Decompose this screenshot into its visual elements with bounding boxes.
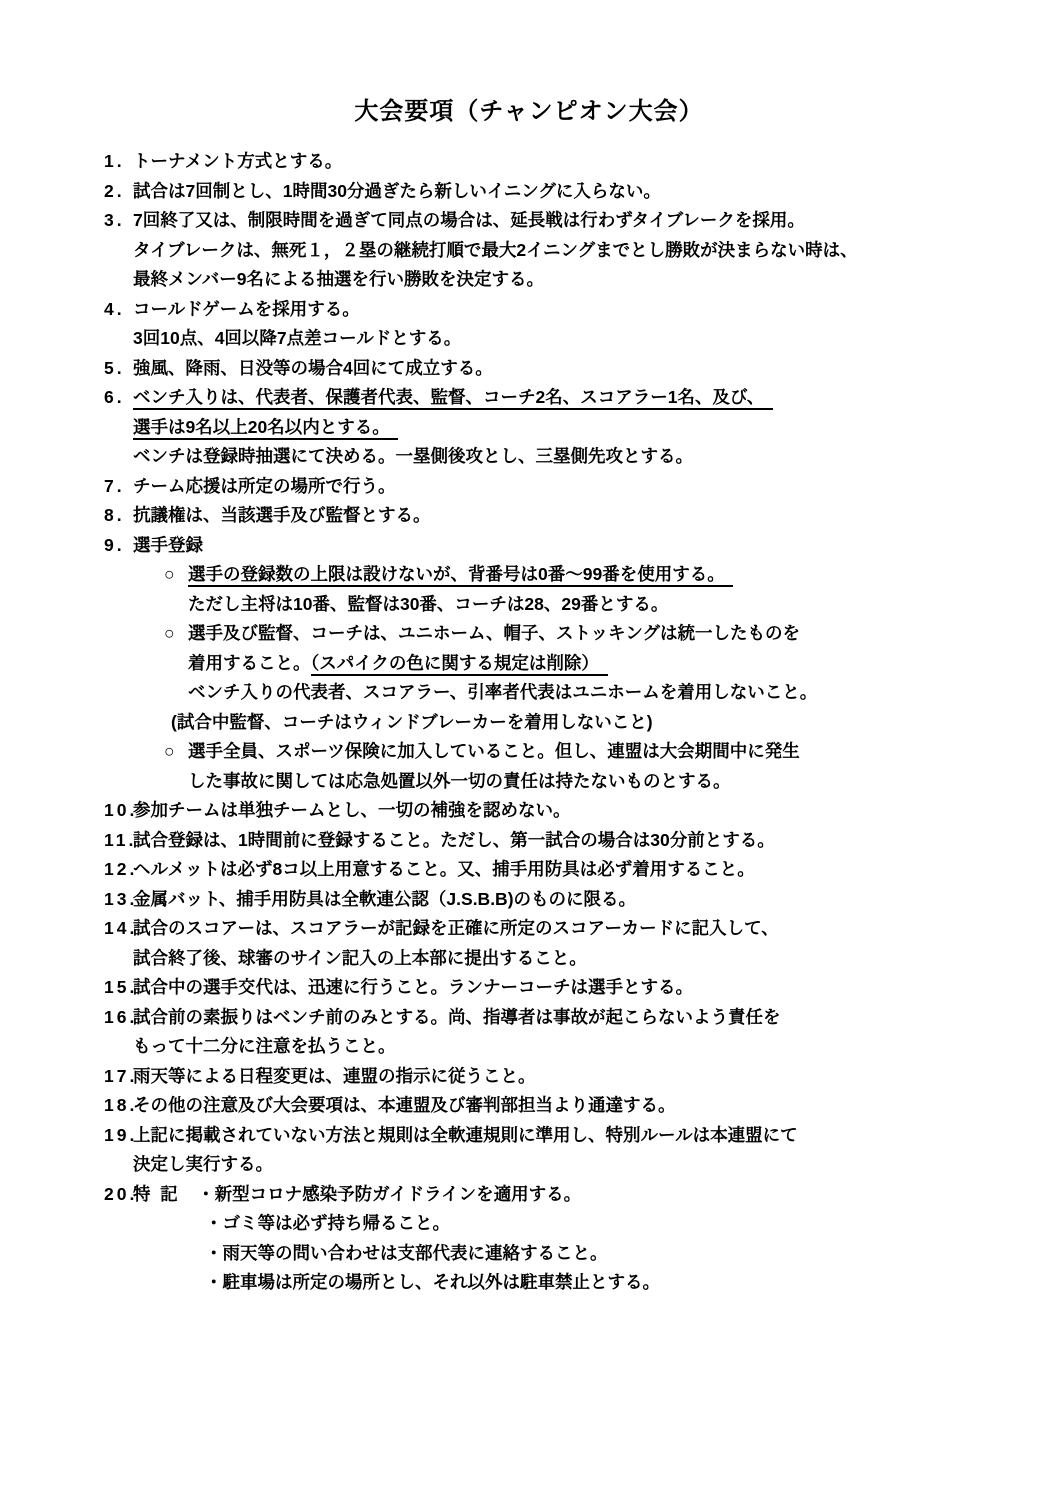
rule-item: 18.その他の注意及び大会要項は、本連盟及び審判部担当より通達する。 (0, 1091, 1058, 1121)
text: タイブレークは、無死１，２塁の継続打順で最大2イニングまでとし勝敗が決まらない時… (133, 240, 858, 260)
item-number: 5. (104, 354, 125, 384)
text: 試合は7回制とし、1時間30分過ぎたら新しいイニングに入らない。 (133, 181, 661, 201)
rule-line: 2.試合は7回制とし、1時間30分過ぎたら新しいイニングに入らない。 (0, 177, 1058, 207)
rule-item: 20.特 記 ・新型コロナ感染予防ガイドラインを適用する。・ゴミ等は必ず持ち帰る… (0, 1180, 1058, 1298)
rule-line: 14.試合のスコアーは、スコアラーが記録を正確に所定のスコアーカードに記入して、 (0, 914, 1058, 944)
rule-item: 7.チーム応援は所定の場所で行う。 (0, 472, 1058, 502)
rule-line: 5.強風、降雨、日没等の場合4回にて成立する。 (0, 354, 1058, 384)
text: 試合終了後、球審のサイン記入の上本部に提出すること。 (133, 948, 587, 968)
rule-item: 2.試合は7回制とし、1時間30分過ぎたら新しいイニングに入らない。 (0, 177, 1058, 207)
rule-line: 8.抗議権は、当該選手及び監督とする。 (0, 501, 1058, 531)
item-number: 20. (104, 1180, 137, 1210)
rule-item: 1.トーナメント方式とする。 (0, 147, 1058, 177)
text: 選手全員、スポーツ保険に加入していること。但し、連盟は大会期間中に発生 (188, 741, 800, 761)
item-number: 12. (104, 855, 137, 885)
rule-line: 7.チーム応援は所定の場所で行う。 (0, 472, 1058, 502)
text: 特 記 ・新型コロナ感染予防ガイドラインを適用する。 (133, 1184, 581, 1204)
text: ・ゴミ等は必ず持ち帰ること。 (205, 1213, 450, 1233)
rule-item: 12.ヘルメットは必ず8コ以上用意すること。又、捕手用防具は必ず着用すること。 (0, 855, 1058, 885)
text: 最終メンバー9名による抽選を行い勝敗を決定する。 (133, 269, 544, 289)
underlined-text: 選手は9名以上20名以内とする。 (133, 417, 398, 440)
rule-line: ・雨天等の問い合わせは支部代表に連絡すること。 (0, 1239, 1058, 1269)
rule-line: 17.雨天等による日程変更は、連盟の指示に従うこと。 (0, 1062, 1058, 1092)
rule-line: ベンチは登録時抽選にて決める。一塁側後攻とし、三塁側先攻とする。 (0, 442, 1058, 472)
text: 参加チームは単独チームとし、一切の補強を認めない。 (133, 800, 571, 820)
text: 7回終了又は、制限時間を過ぎて同点の場合は、延長戦は行わずタイブレークを採用。 (133, 210, 805, 230)
item-number: 4. (104, 295, 125, 325)
item-number: 7. (104, 472, 125, 502)
rule-line: ただし主将は10番、監督は30番、コーチは28、29番とする。 (0, 590, 1058, 620)
text: ベンチは登録時抽選にて決める。一塁側後攻とし、三塁側先攻とする。 (133, 446, 693, 466)
underlined-text: 選手の登録数の上限は設けないが、背番号は0番～99番を使用する。 (188, 564, 733, 587)
rule-line: 4.コールドゲームを採用する。 (0, 295, 1058, 325)
rule-line: 19.上記に掲載されていない方法と規則は全軟連規則に準用し、特別ルールは本連盟に… (0, 1121, 1058, 1151)
rule-line: 決定し実行する。 (0, 1150, 1058, 1180)
rule-line: 9.選手登録 (0, 531, 1058, 561)
text: 上記に掲載されていない方法と規則は全軟連規則に準用し、特別ルールは本連盟にて (133, 1125, 798, 1145)
rule-line: 着用すること。（スパイクの色に関する規定は削除） (0, 649, 1058, 679)
rule-line: ・駐車場は所定の場所とし、それ以外は駐車禁止とする。 (0, 1268, 1058, 1298)
item-number: 13. (104, 885, 137, 915)
text: ヘルメットは必ず8コ以上用意すること。又、捕手用防具は必ず着用すること。 (133, 859, 755, 879)
rule-item: 10.参加チームは単独チームとし、一切の補強を認めない。 (0, 796, 1058, 826)
text: (試合中監督、コーチはウィンドブレーカーを着用しないこと) (171, 712, 653, 732)
rule-line: 3.7回終了又は、制限時間を過ぎて同点の場合は、延長戦は行わずタイブレークを採用… (0, 206, 1058, 236)
text: チーム応援は所定の場所で行う。 (133, 476, 396, 496)
rule-item: 16.試合前の素振りはベンチ前のみとする。尚、指導者は事故が起こらないよう責任を… (0, 1003, 1058, 1062)
text: 3回10点、4回以降7点差コールドとする。 (133, 328, 461, 348)
rule-item: 4.コールドゲームを採用する。3回10点、4回以降7点差コールドとする。 (0, 295, 1058, 354)
rule-line: ベンチ入りの代表者、スコアラー、引率者代表はユニホームを着用しないこと。 (0, 678, 1058, 708)
item-number: 11. (104, 826, 136, 856)
text: ベンチ入りの代表者、スコアラー、引率者代表はユニホームを着用しないこと。 (188, 682, 817, 702)
text: 決定し実行する。 (133, 1154, 273, 1174)
item-number: 3. (104, 206, 125, 236)
rule-line: 13.金属バット、捕手用防具は全軟連公認（J.S.B.B)のものに限る。 (0, 885, 1058, 915)
rule-line: 選手は9名以上20名以内とする。 (0, 413, 1058, 443)
item-number: 9. (104, 531, 125, 561)
circle-bullet: ○ (164, 560, 175, 590)
rule-item: 5.強風、降雨、日没等の場合4回にて成立する。 (0, 354, 1058, 384)
rule-item: 17.雨天等による日程変更は、連盟の指示に従うこと。 (0, 1062, 1058, 1092)
text: 試合登録は、1時間前に登録すること。ただし、第一試合の場合は30分前とする。 (133, 830, 775, 850)
item-number: 2. (104, 177, 125, 207)
text: コールドゲームを採用する。 (133, 299, 360, 319)
rule-line: 12.ヘルメットは必ず8コ以上用意すること。又、捕手用防具は必ず着用すること。 (0, 855, 1058, 885)
rule-line: 3回10点、4回以降7点差コールドとする。 (0, 324, 1058, 354)
item-number: 1. (104, 147, 125, 177)
rule-item: 8.抗議権は、当該選手及び監督とする。 (0, 501, 1058, 531)
item-number: 17. (104, 1062, 137, 1092)
text: した事故に関しては応急処置以外一切の責任は持たないものとする。 (188, 771, 731, 791)
text: ・駐車場は所定の場所とし、それ以外は駐車禁止とする。 (205, 1272, 660, 1292)
rule-line: ○選手及び監督、コーチは、ユニホーム、帽子、ストッキングは統一したものを (0, 619, 1058, 649)
rule-line: した事故に関しては応急処置以外一切の責任は持たないものとする。 (0, 767, 1058, 797)
rule-line: 16.試合前の素振りはベンチ前のみとする。尚、指導者は事故が起こらないよう責任を (0, 1003, 1058, 1033)
circle-bullet: ○ (164, 737, 175, 767)
document-page: 大会要項（チャンピオン大会） 1.トーナメント方式とする。2.試合は7回制とし、… (0, 0, 1058, 1497)
rule-item: 19.上記に掲載されていない方法と規則は全軟連規則に準用し、特別ルールは本連盟に… (0, 1121, 1058, 1180)
rule-line: 11.試合登録は、1時間前に登録すること。ただし、第一試合の場合は30分前とする… (0, 826, 1058, 856)
text: 着用すること。 (188, 653, 311, 673)
rule-line: ○選手の登録数の上限は設けないが、背番号は0番～99番を使用する。 (0, 560, 1058, 590)
rule-line: ・ゴミ等は必ず持ち帰ること。 (0, 1209, 1058, 1239)
rule-line: 15.試合中の選手交代は、迅速に行うこと。ランナーコーチは選手とする。 (0, 973, 1058, 1003)
item-number: 15. (104, 973, 137, 1003)
underlined-text: ベンチ入りは、代表者、保護者代表、監督、コーチ2名、スコアラー1名、及び、 (133, 387, 773, 410)
item-number: 6. (104, 383, 125, 413)
item-number: 8. (104, 501, 125, 531)
text: 強風、降雨、日没等の場合4回にて成立する。 (133, 358, 493, 378)
rule-line: ○選手全員、スポーツ保険に加入していること。但し、連盟は大会期間中に発生 (0, 737, 1058, 767)
rule-line: 10.参加チームは単独チームとし、一切の補強を認めない。 (0, 796, 1058, 826)
item-number: 10. (104, 796, 137, 826)
text: もって十二分に注意を払うこと。 (133, 1036, 396, 1056)
rule-item: 9.選手登録○選手の登録数の上限は設けないが、背番号は0番～99番を使用する。 … (0, 531, 1058, 797)
rule-line: 18.その他の注意及び大会要項は、本連盟及び審判部担当より通達する。 (0, 1091, 1058, 1121)
text: 抗議権は、当該選手及び監督とする。 (133, 505, 431, 525)
circle-bullet: ○ (164, 619, 175, 649)
rule-line: もって十二分に注意を払うこと。 (0, 1032, 1058, 1062)
rule-line: (試合中監督、コーチはウィンドブレーカーを着用しないこと) (0, 708, 1058, 738)
text: 選手及び監督、コーチは、ユニホーム、帽子、ストッキングは統一したものを (188, 623, 800, 643)
page-title: 大会要項（チャンピオン大会） (0, 91, 1058, 126)
rule-item: 13.金属バット、捕手用防具は全軟連公認（J.S.B.B)のものに限る。 (0, 885, 1058, 915)
rule-item: 14.試合のスコアーは、スコアラーが記録を正確に所定のスコアーカードに記入して、… (0, 914, 1058, 973)
text: 試合のスコアーは、スコアラーが記録を正確に所定のスコアーカードに記入して、 (133, 918, 779, 938)
text: ただし主将は10番、監督は30番、コーチは28、29番とする。 (188, 594, 668, 614)
rule-line: 1.トーナメント方式とする。 (0, 147, 1058, 177)
rule-item: 15.試合中の選手交代は、迅速に行うこと。ランナーコーチは選手とする。 (0, 973, 1058, 1003)
text: トーナメント方式とする。 (133, 151, 342, 171)
item-number: 16. (104, 1003, 137, 1033)
rule-line: 6.ベンチ入りは、代表者、保護者代表、監督、コーチ2名、スコアラー1名、及び、 (0, 383, 1058, 413)
rule-line: 試合終了後、球審のサイン記入の上本部に提出すること。 (0, 944, 1058, 974)
text: 試合前の素振りはベンチ前のみとする。尚、指導者は事故が起こらないよう責任を (133, 1007, 781, 1027)
rule-item: 11.試合登録は、1時間前に登録すること。ただし、第一試合の場合は30分前とする… (0, 826, 1058, 856)
rule-item: 6.ベンチ入りは、代表者、保護者代表、監督、コーチ2名、スコアラー1名、及び、 … (0, 383, 1058, 472)
text: 試合中の選手交代は、迅速に行うこと。ランナーコーチは選手とする。 (133, 977, 693, 997)
rule-line: 20.特 記 ・新型コロナ感染予防ガイドラインを適用する。 (0, 1180, 1058, 1210)
item-number: 19. (104, 1121, 137, 1151)
text: その他の注意及び大会要項は、本連盟及び審判部担当より通達する。 (133, 1095, 676, 1115)
text: ・雨天等の問い合わせは支部代表に連絡すること。 (205, 1243, 608, 1263)
rule-line: タイブレークは、無死１，２塁の継続打順で最大2イニングまでとし勝敗が決まらない時… (0, 236, 1058, 266)
text: 金属バット、捕手用防具は全軟連公認（J.S.B.B)のものに限る。 (133, 889, 636, 909)
text: 選手登録 (133, 535, 203, 555)
rule-line: 最終メンバー9名による抽選を行い勝敗を決定する。 (0, 265, 1058, 295)
rules-list: 1.トーナメント方式とする。2.試合は7回制とし、1時間30分過ぎたら新しいイニ… (0, 147, 1058, 1298)
text: 雨天等による日程変更は、連盟の指示に従うこと。 (133, 1066, 536, 1086)
rule-item: 3.7回終了又は、制限時間を過ぎて同点の場合は、延長戦は行わずタイブレークを採用… (0, 206, 1058, 295)
item-number: 14. (104, 914, 137, 944)
item-number: 18. (104, 1091, 137, 1121)
underlined-text: （スパイクの色に関する規定は削除） (311, 653, 608, 676)
